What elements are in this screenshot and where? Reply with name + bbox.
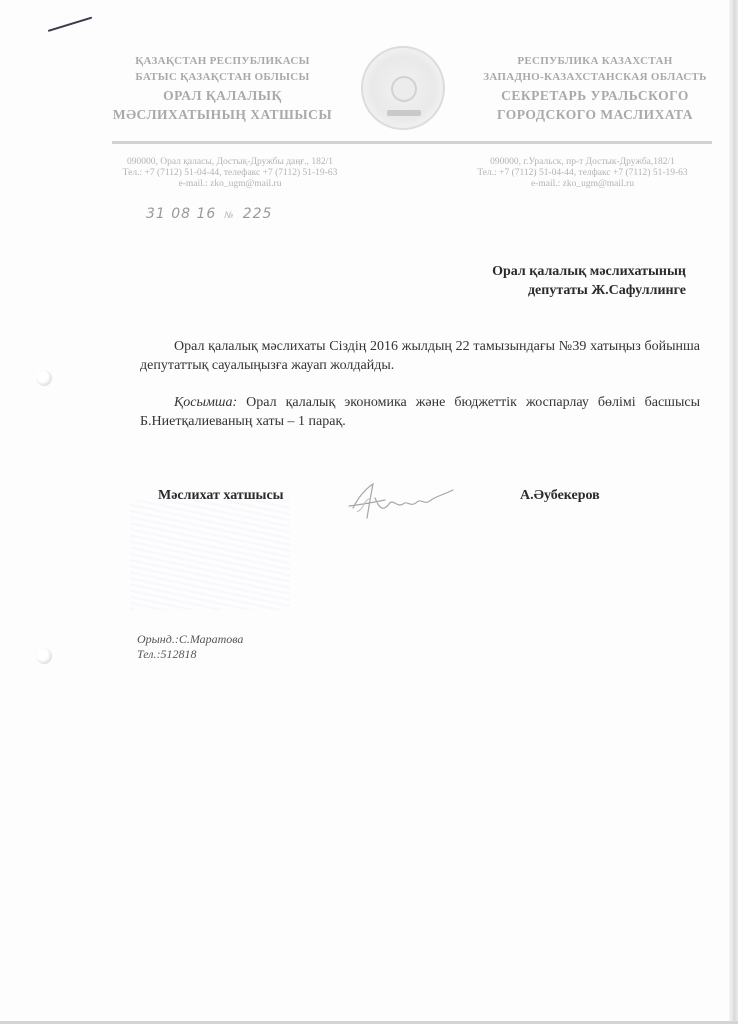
scanned-letter-page: ҚАЗАҚСТАН РЕСПУБЛИКАСЫ БАТЫС ҚАЗАҚСТАН О…	[0, 0, 738, 1024]
punch-hole	[36, 648, 52, 664]
pen-mark	[48, 17, 93, 32]
executor-info: Орынд.:С.Маратова Тел.:512818	[137, 632, 243, 662]
scan-edge-shadow	[729, 0, 738, 1024]
letterhead-ru-line3: СЕКРЕТАРЬ УРАЛЬСКОГО	[470, 89, 720, 103]
address-ru-email: e-mail.: zko_ugm@mail.ru	[445, 179, 720, 190]
attachment-label: Қосымша:	[174, 395, 237, 410]
letter-body: Орал қалалық мәслихаты Сіздің 2016 жылды…	[140, 337, 700, 375]
registration-number: 225	[243, 206, 273, 222]
registration-date: 31 08 16	[146, 206, 216, 222]
executor-name: Орынд.:С.Маратова	[137, 632, 243, 647]
signatory-name: А.Әубекеров	[520, 488, 600, 504]
faint-stamp-residue	[130, 500, 290, 610]
registration-stamp: 31 08 16№225	[146, 206, 272, 222]
state-emblem-icon	[361, 46, 445, 130]
punch-hole	[36, 370, 52, 386]
letterhead-ru-line2: ЗАПАДНО-КАЗАХСТАНСКАЯ ОБЛАСТЬ	[470, 72, 720, 83]
addressee-line2: депутаты Ж.Сафуллинге	[492, 281, 686, 300]
address-russian: 090000, г.Уральск, пр-т Достык-Дружба,18…	[445, 157, 720, 190]
executor-phone: Тел.:512818	[137, 647, 243, 662]
letterhead-russian: РЕСПУБЛИКА КАЗАХСТАН ЗАПАДНО-КАЗАХСТАНСК…	[470, 56, 720, 121]
addressee-block: Орал қалалық мәслихатының депутаты Ж.Саф…	[492, 262, 686, 300]
handwritten-signature-icon	[345, 478, 455, 523]
addressee-line1: Орал қалалық мәслихатының	[492, 262, 686, 281]
address-kazakh: 090000, Орал қаласы, Достық-Дружбы даңғ.…	[100, 157, 360, 190]
emblem-shanyrak-icon	[391, 76, 417, 102]
address-ru-phone: Тел.: +7 (7112) 51-04-44, телфакс +7 (71…	[445, 168, 720, 179]
letterhead-kazakh: ҚАЗАҚСТАН РЕСПУБЛИКАСЫ БАТЫС ҚАЗАҚСТАН О…	[105, 56, 340, 121]
letterhead-ru-line4: ГОРОДСКОГО МАСЛИХАТА	[470, 108, 720, 122]
registration-number-sign: №	[224, 211, 234, 221]
letterhead-kz-line1: ҚАЗАҚСТАН РЕСПУБЛИКАСЫ	[105, 56, 340, 67]
attachment-paragraph: Қосымша: Орал қалалық экономика және бюд…	[140, 393, 700, 431]
letterhead-kz-line4: МӘСЛИХАТЫНЫҢ ХАТШЫСЫ	[105, 108, 340, 122]
letterhead-kz-line3: ОРАЛ ҚАЛАЛЫҚ	[105, 89, 340, 103]
signatory-title: Мәслихат хатшысы	[158, 488, 284, 504]
letterhead-kz-line2: БАТЫС ҚАЗАҚСТАН ОБЛЫСЫ	[105, 72, 340, 83]
address-kz-phone: Тел.: +7 (7112) 51-04-44, телефакс +7 (7…	[100, 168, 360, 179]
letterhead-divider	[112, 141, 712, 144]
address-kz-street: 090000, Орал қаласы, Достық-Дружбы даңғ.…	[100, 157, 360, 168]
address-ru-street: 090000, г.Уральск, пр-т Достык-Дружба,18…	[445, 157, 720, 168]
letterhead-ru-line1: РЕСПУБЛИКА КАЗАХСТАН	[470, 56, 720, 67]
address-kz-email: e-mail.: zko_ugm@mail.ru	[100, 179, 360, 190]
emblem-ribbon	[387, 110, 421, 116]
